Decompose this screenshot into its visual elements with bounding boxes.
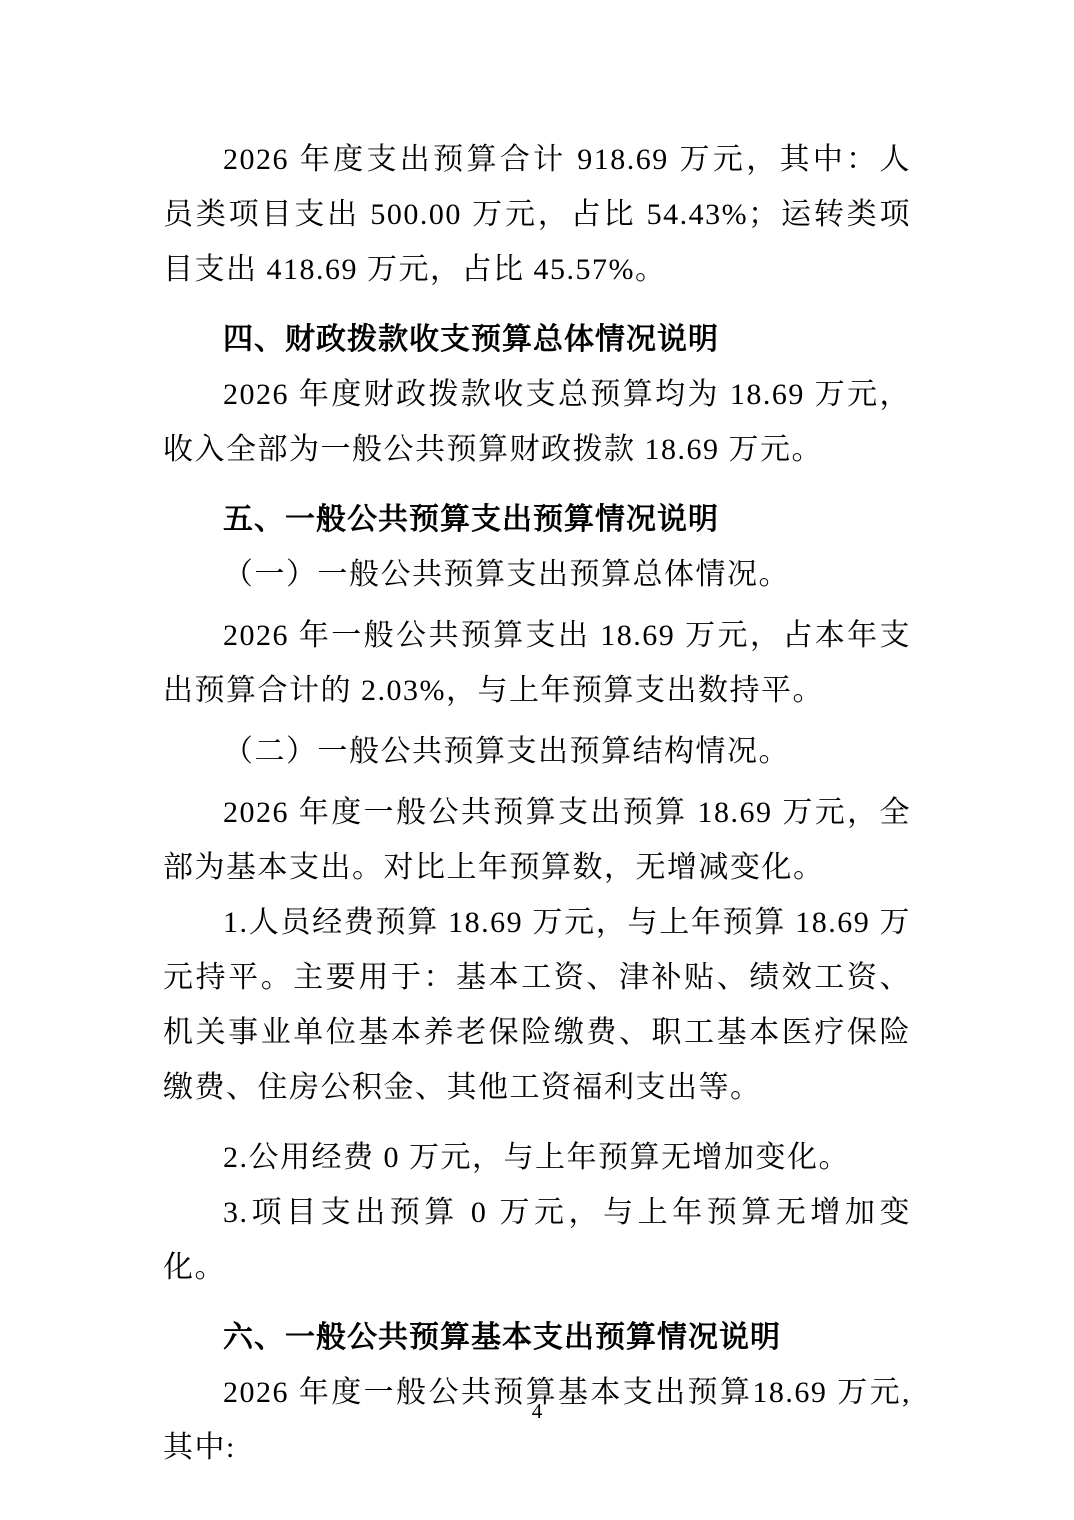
page-background: 2026 年度支出预算合计 918.69 万元，其中：人员类项目支出 500.0… xyxy=(0,0,1074,1520)
heading-section-6-basic-expenditure: 六、一般公共预算基本支出预算情况说明 xyxy=(163,1310,911,1365)
para-general-budget-structure: 2026 年度一般公共预算支出预算 18.69 万元，全部为基本支出。对比上年预… xyxy=(163,785,911,895)
subheading-general-budget-structure: （二）一般公共预算支出预算结构情况。 xyxy=(163,724,911,779)
document-page: { "doc": { "para_expenditure_summary": "… xyxy=(0,0,1074,1520)
para-expenditure-summary: 2026 年度支出预算合计 918.69 万元，其中：人员类项目支出 500.0… xyxy=(163,132,911,297)
para-project-expenditure: 3.项目支出预算 0 万元，与上年预算无增加变化。 xyxy=(163,1185,911,1295)
page-footer: 4 xyxy=(0,1396,1074,1426)
para-personnel-funds: 1.人员经费预算 18.69 万元，与上年预算 18.69 万元持平。主要用于：… xyxy=(163,895,911,1115)
para-fiscal-appropriation-total: 2026 年度财政拨款收支总预算均为 18.69 万元，收入全部为一般公共预算财… xyxy=(163,367,911,477)
para-general-budget-overall: 2026 年一般公共预算支出 18.69 万元，占本年支出预算合计的 2.03%… xyxy=(163,608,911,718)
subheading-general-budget-overall: （一）一般公共预算支出预算总体情况。 xyxy=(163,547,911,602)
para-public-funds: 2.公用经费 0 万元，与上年预算无增加变化。 xyxy=(163,1130,911,1185)
page-number: 4 xyxy=(532,1399,543,1423)
heading-section-5-general-public-budget: 五、一般公共预算支出预算情况说明 xyxy=(163,492,911,547)
heading-section-4-fiscal-appropriation: 四、财政拨款收支预算总体情况说明 xyxy=(163,312,911,367)
document-content: 2026 年度支出预算合计 918.69 万元，其中：人员类项目支出 500.0… xyxy=(163,132,911,1475)
